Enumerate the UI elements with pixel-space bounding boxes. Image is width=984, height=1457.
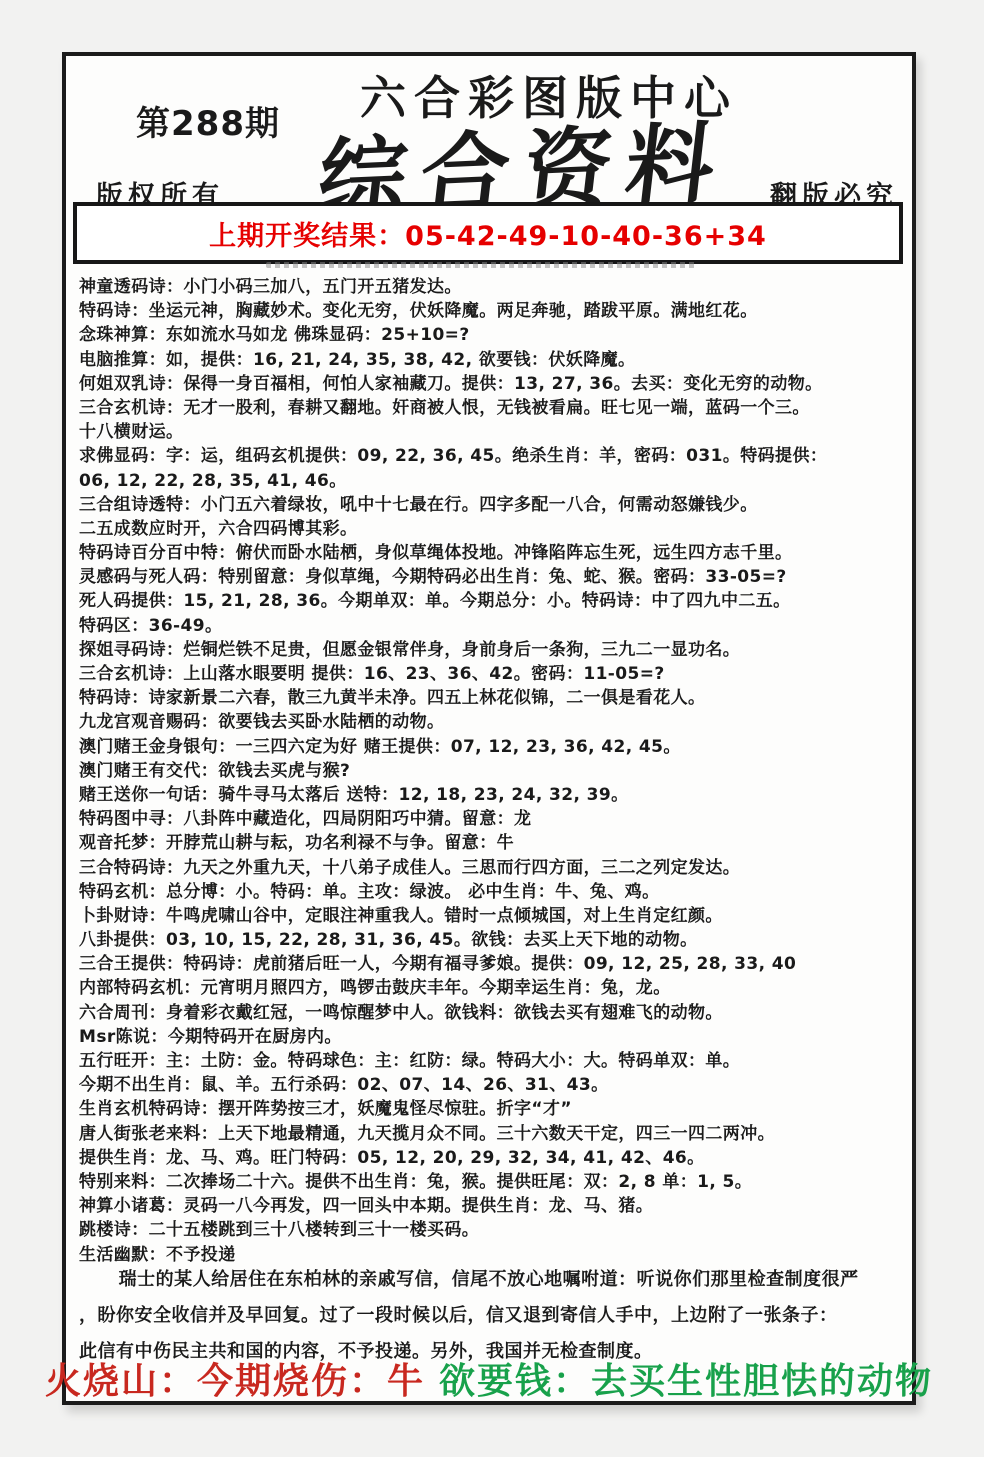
tip-line: 三合玄机诗：上山落水眼要明 提供：16、23、36、42。密码：11-05=? — [79, 662, 906, 686]
tip-line: 今期不出生肖：鼠、羊。五行杀码：02、07、14、26、31、43。 — [79, 1073, 906, 1097]
tip-line: 九龙宫观音赐码：欲要钱去买卧水陆栖的动物。 — [79, 710, 906, 734]
tip-line: 06, 12, 22, 28, 35, 41, 46。 — [79, 469, 906, 493]
tip-line: 神童透码诗：小门小码三加八，五门开五猪发达。 — [79, 275, 906, 299]
tips-list: 神童透码诗：小门小码三加八，五门开五猪发达。特码诗：坐运元神，胸藏妙术。变化无穷… — [79, 275, 906, 1267]
tip-line: 内部特码玄机：元宵明月照四方，鸣锣击鼓庆丰年。今期幸运生肖：兔，龙。 — [79, 976, 906, 1000]
faded-microtext-strip — [266, 262, 696, 268]
tip-line: 生肖玄机特码诗：摆开阵势按三才，妖魔鬼怪尽惊驻。折字“才” — [79, 1097, 906, 1121]
tip-line: 十八横财运。 — [79, 420, 906, 444]
tip-line: 二五成数应时开，六合四码博其彩。 — [79, 517, 906, 541]
tip-line: 求佛显码：字：运，组码玄机提供：09, 22, 36, 45。绝杀生肖：羊，密码… — [79, 444, 906, 468]
tip-line: 三合王提供：特码诗：虎前猪后旺一人，今期有福寻爹娘。提供：09, 12, 25,… — [79, 952, 906, 976]
tip-line: 提供生肖：龙、马、鸡。旺门特码：05, 12, 20, 29, 32, 34, … — [79, 1146, 906, 1170]
footer-bar: 火烧山：今期烧伤：牛 欲要钱：去买生性胆怯的动物 — [66, 1352, 912, 1404]
tip-line: 神算小诸葛：灵码一八今再发，四一回头中本期。提供生肖：龙、马、猪。 — [79, 1194, 906, 1218]
tip-line: 何姐双乳诗：保得一身百福相，何怕人家袖藏刀。提供：13, 27, 36。去买：变… — [79, 372, 906, 396]
tip-line: 特码玄机：总分博：小。特码：单。主攻：绿波。 必中生肖：牛、兔、鸡。 — [79, 880, 906, 904]
tip-line: 澳门赌王金身银句：一三四六定为好 赌王提供：07, 12, 23, 36, 42… — [79, 735, 906, 759]
tip-line: 跳楼诗：二十五楼跳到三十八楼转到三十一楼买码。 — [79, 1218, 906, 1242]
tip-line: 特码图中寻：八卦阵中藏造化，四局阴阳巧中猜。留意：龙 — [79, 807, 906, 831]
humor-paragraph-line: 瑞士的某人给居住在东柏林的亲戚写信，信尾不放心地嘱咐道：听说你们那里检查制度很严 — [79, 1262, 904, 1298]
footer-green-text: 欲要钱：去买生性胆怯的动物 — [439, 1353, 933, 1404]
tip-line: 特码区：36-49。 — [79, 614, 906, 638]
tip-line: 特码诗：诗家新景二六春，散三九黄半未净。四五上林花似锦，二一俱是看花人。 — [79, 686, 906, 710]
tip-line: 探姐寻码诗：烂铜烂铁不足贵，但愿金银常伴身，身前身后一条狗，三九二一显功名。 — [79, 638, 906, 662]
tip-line: 八卦提供：03, 10, 15, 22, 28, 31, 36, 45。欲钱：去… — [79, 928, 906, 952]
tip-line: 赌王送你一句话：骑牛寻马太落后 送特：12, 18, 23, 24, 32, 3… — [79, 783, 906, 807]
lottery-sheet: 第288期 六合彩图版中心 综合资料 版权所有 翻版必究 上期开奖结果：05-4… — [62, 52, 916, 1405]
previous-result-text: 上期开奖结果：05-42-49-10-40-36+34 — [209, 214, 767, 253]
tip-line: 三合组诗透特：小门五六着绿妆，吼中十七最在行。四字多配一八合，何需动怒嫌钱少。 — [79, 493, 906, 517]
tip-line: 特码诗百分百中特：俯伏而卧水陆栖，身似草绳体投地。冲锋陷阵忘生死，远生四方志千里… — [79, 541, 906, 565]
footer-red-text: 火烧山：今期烧伤：牛 — [45, 1353, 425, 1404]
tip-line: 灵感码与死人码：特别留意：身似草绳，今期特码必出生肖：兔、蛇、猴。密码：33-0… — [79, 565, 906, 589]
tip-line: 卜卦财诗：牛鸣虎啸山谷中，定眼注神重我人。错时一点倾城国，对上生肖定红颜。 — [79, 904, 906, 928]
previous-result-banner: 上期开奖结果：05-42-49-10-40-36+34 — [73, 202, 903, 264]
tip-line: Msr陈说：今期特码开在厨房内。 — [79, 1025, 906, 1049]
tip-line: 唐人街张老来料：上天下地最精通，九天揽月众不同。三十六数天干定，四三一四二两冲。 — [79, 1122, 906, 1146]
tip-line: 六合周刊：身着彩衣戴红冠，一鸣惊醒梦中人。欲钱料：欲钱去买有翅难飞的动物。 — [79, 1001, 906, 1025]
tip-line: 电脑推算：如，提供：16, 21, 24, 35, 38, 42, 欲要钱：伏妖… — [79, 348, 906, 372]
tip-line: 念珠神算：东如流水马如龙 佛珠显码：25+10=? — [79, 323, 906, 347]
tip-line: 特别来料：二次捧场二十六。提供不出生肖：兔，猴。提供旺尾：双：2, 8 单：1,… — [79, 1170, 906, 1194]
tip-line: 三合特码诗：九天之外重九天，十八弟子成佳人。三思而行四方面，三二之列定发达。 — [79, 856, 906, 880]
tip-line: 死人码提供：15, 21, 28, 36。今期单双：单。今期总分：小。特码诗：中… — [79, 589, 906, 613]
tip-line: 澳门赌王有交代：欲钱去买虎与猴? — [79, 759, 906, 783]
tip-line: 观音托梦：开脖荒山耕与耘，功名利禄不与争。留意：牛 — [79, 831, 906, 855]
tip-line: 特码诗：坐运元神，胸藏妙术。变化无穷，伏妖降魔。两足奔驰，踏跋平原。满地红花。 — [79, 299, 906, 323]
tip-line: 三合玄机诗：无才一股利，春耕又翻地。奸商被人恨，无钱被看扁。旺七见一端，蓝码一个… — [79, 396, 906, 420]
humor-paragraph-line: ，盼你安全收信并及早回复。过了一段时候以后，信又退到寄信人手中，上边附了一张条子… — [79, 1298, 904, 1334]
tip-line: 五行旺开：主：土防：金。特码球色：主：红防：绿。特码大小：大。特码单双：单。 — [79, 1049, 906, 1073]
